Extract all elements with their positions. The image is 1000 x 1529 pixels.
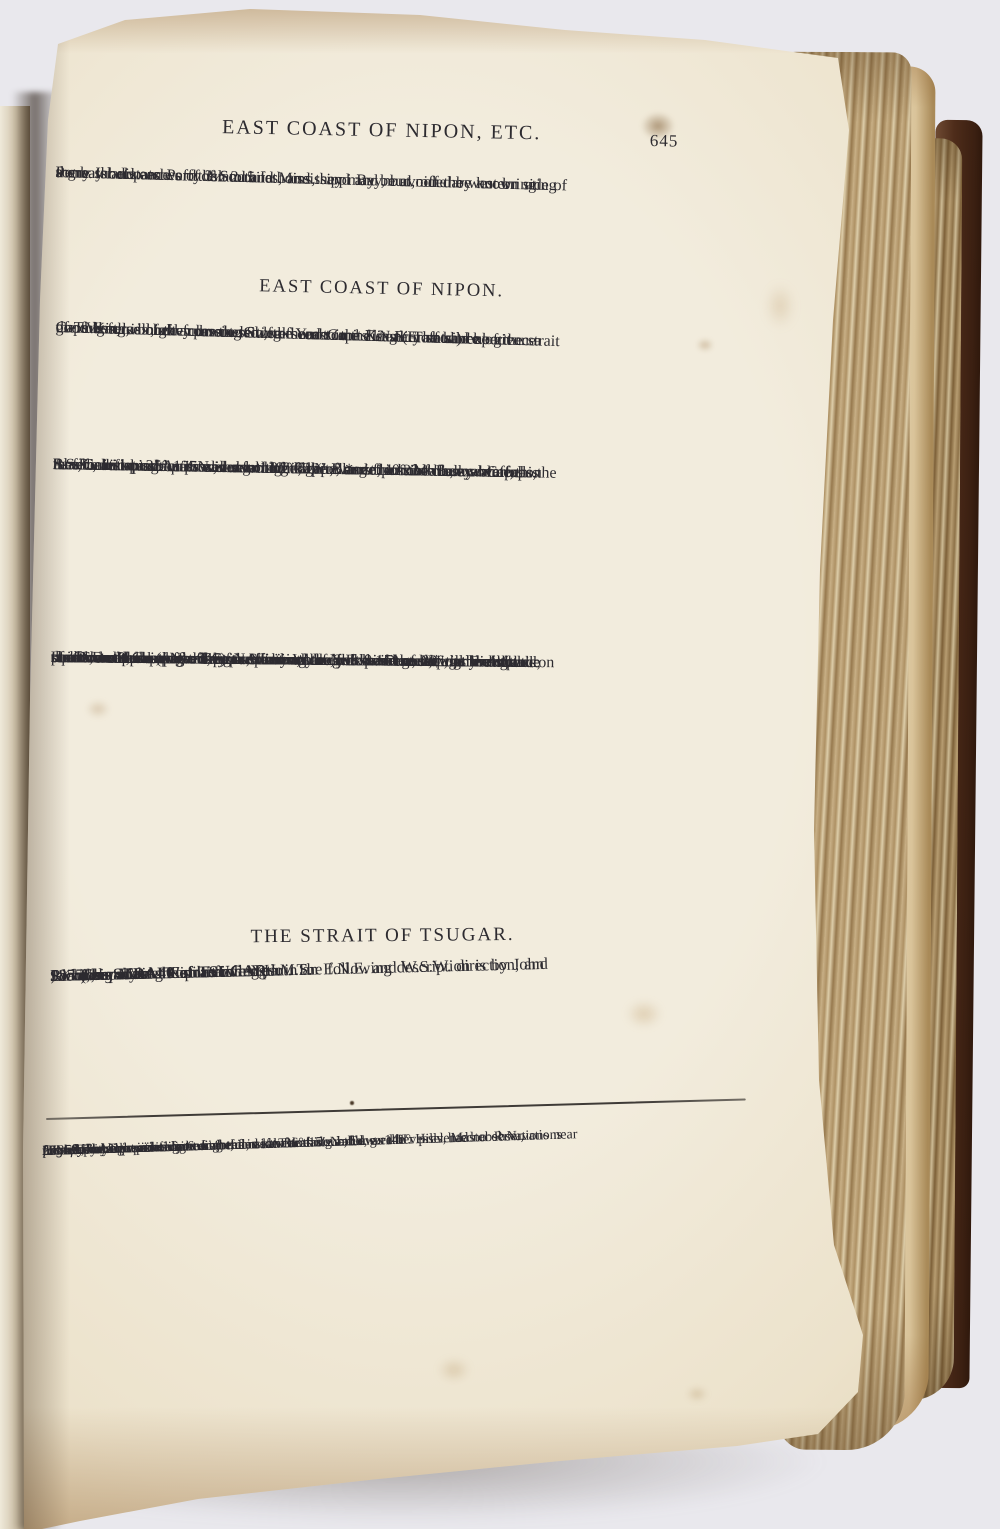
- text-segment: unusually bright moonlight night, and sa…: [42, 1123, 524, 1166]
- text-segment: 1855 :—: [50, 961, 110, 990]
- section-heading-strait-of-tsugar: THE STRAIT OF TSUGAR.: [55, 922, 710, 950]
- text-segment: Perry Island eastward of South.: [55, 160, 261, 192]
- text-line: good berth, as heavy breakers were seen …: [56, 315, 711, 333]
- text-segment: , 1859.: [42, 1137, 82, 1166]
- section-heading-east-coast: EAST COAST OF NIPON.: [57, 272, 707, 307]
- book-photograph: EAST COAST OF NIPON, ETC. 645 some shoal…: [0, 0, 1000, 1529]
- page-text: EAST COAST OF NIPON, ETC. 645 some shoal…: [0, 0, 1000, 1529]
- paragraph-from-this-cape: From this cape to Tsugar Strait no dange…: [51, 646, 711, 653]
- text-segment: Blanco in lat. 35° 13′ N., long. 140° 32…: [53, 452, 354, 483]
- footnote-separator: [46, 1098, 746, 1120]
- text-line: unusually bright moonlight night, and sa…: [42, 1116, 745, 1138]
- paragraph-caution-cape-blanco: Caution is requisite in doubling Cape Bl…: [53, 452, 711, 463]
- running-head: EAST COAST OF NIPON, ETC.: [57, 113, 707, 148]
- footnotes: * These positions are doubtful, as the u…: [42, 1116, 745, 1138]
- text-segment: good berth, as heavy breakers were seen …: [55, 315, 483, 353]
- text-segment: Hakodate Head (page 647).: [51, 646, 230, 672]
- paragraph-vessels-bound: Vessels bound from the Gulf of Yedo to t…: [56, 315, 711, 333]
- page-number: 645: [650, 131, 700, 152]
- paragraph-shoal-patches: some shoal patches of 3½ to 5 fathoms, s…: [56, 160, 709, 177]
